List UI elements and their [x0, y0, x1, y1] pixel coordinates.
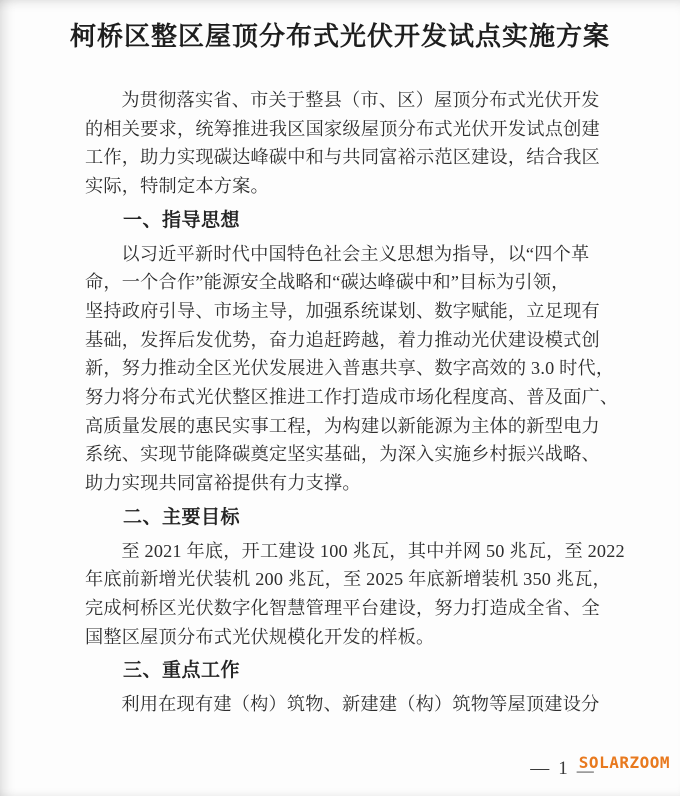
document-page: 柯桥区整区屋顶分布式光伏开发试点实施方案 为贯彻落实省、市关于整县（市、区）屋顶…: [0, 0, 680, 796]
watermark-group: —SOLARZOOM: [577, 758, 670, 780]
body-line: 的相关要求，统筹推进我区国家级屋顶分布式光伏开发试点创建: [85, 115, 601, 144]
section-heading: 二、主要目标: [85, 504, 601, 533]
body-line: 新，努力推动全区光伏发展进入普惠共享、数字高效的 3.0 时代，: [85, 354, 601, 383]
page-number-dash-left: —: [530, 758, 549, 779]
body-line: 完成柯桥区光伏数字化智慧管理平台建设，努力打造成全省、全: [85, 594, 601, 623]
document-body: 为贯彻落实省、市关于整县（市、区）屋顶分布式光伏开发的相关要求，统筹推进我区国家…: [85, 86, 601, 719]
page-number: 1: [558, 758, 568, 779]
body-line: 坚持政府引导、市场主导，加强系统谋划、数字赋能，立足现有: [85, 297, 601, 326]
page-footer: —1—SOLARZOOM: [530, 758, 670, 780]
body-line: 基础，发挥后发优势，奋力追赶跨越，着力推动光伏建设模式创: [85, 326, 601, 355]
body-line: 至 2021 年底，开工建设 100 兆瓦，其中并网 50 兆瓦，至 2022: [85, 537, 601, 566]
body-line: 实际，特制定本方案。: [85, 172, 601, 201]
paragraph: 至 2021 年底，开工建设 100 兆瓦，其中并网 50 兆瓦，至 2022年…: [85, 537, 601, 652]
body-line: 系统、实现节能降碳奠定坚实基础，为深入实施乡村振兴战略、: [85, 440, 601, 469]
solarzoom-watermark: SOLARZOOM: [579, 753, 670, 772]
body-line: 利用在现有建（构）筑物、新建建（构）筑物等屋顶建设分: [85, 690, 601, 719]
paragraph: 为贯彻落实省、市关于整县（市、区）屋顶分布式光伏开发的相关要求，统筹推进我区国家…: [85, 86, 601, 201]
section-heading: 三、重点工作: [85, 657, 601, 686]
body-line: 为贯彻落实省、市关于整县（市、区）屋顶分布式光伏开发: [85, 86, 601, 115]
body-line: 年底前新增光伏装机 200 兆瓦，至 2025 年底新增装机 350 兆瓦，: [85, 565, 601, 594]
body-line: 以习近平新时代中国特色社会主义思想为指导，以“四个革: [85, 240, 601, 269]
body-line: 工作，助力实现碳达峰碳中和与共同富裕示范区建设，结合我区: [85, 143, 601, 172]
body-line: 国整区屋顶分布式光伏规模化开发的样板。: [85, 623, 601, 652]
section-heading: 一、指导思想: [85, 207, 601, 236]
body-line: 努力将分布式光伏整区推进工作打造成市场化程度高、普及面广、: [85, 383, 601, 412]
body-line: 助力实现共同富裕提供有力支撑。: [85, 469, 601, 498]
body-line: 高质量发展的惠民实事工程，为构建以新能源为主体的新型电力: [85, 412, 601, 441]
paragraph: 以习近平新时代中国特色社会主义思想为指导，以“四个革命，一个合作”能源安全战略和…: [85, 240, 601, 498]
body-line: 命，一个合作”能源安全战略和“碳达峰碳中和”目标为引领，: [85, 268, 601, 297]
document-title: 柯桥区整区屋顶分布式光伏开发试点实施方案: [40, 18, 640, 54]
paragraph: 利用在现有建（构）筑物、新建建（构）筑物等屋顶建设分: [85, 690, 601, 719]
